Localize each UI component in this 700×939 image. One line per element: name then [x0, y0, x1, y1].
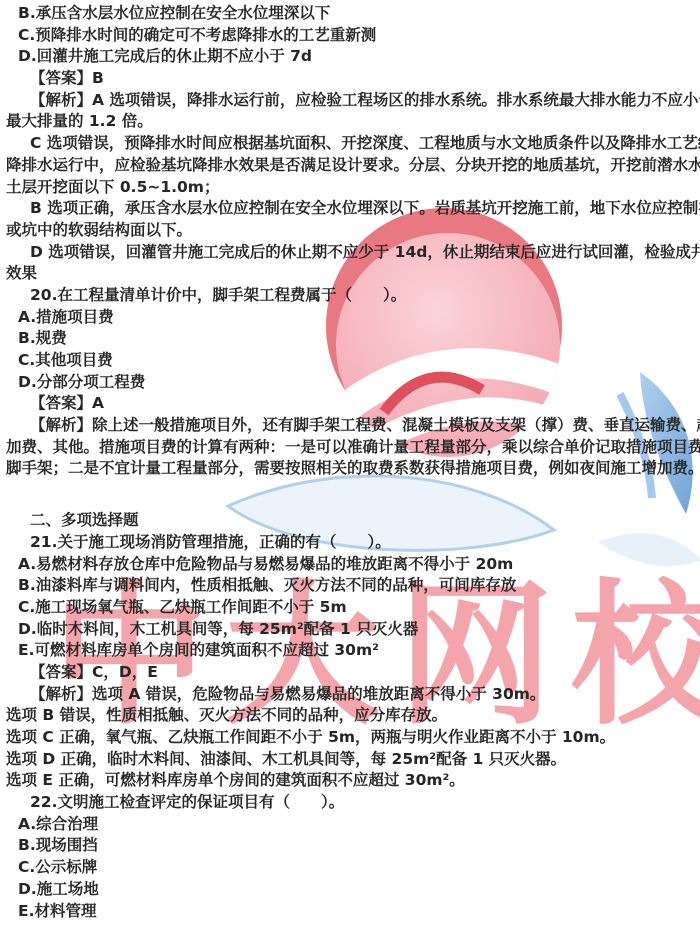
text-line: D.临时木料间，木工机具间等，每 25m²配备 1 只灭火器 [0, 619, 700, 641]
text-line: 【答案】A [0, 393, 700, 415]
text-line: B.油漆料库与调料间内，性质相抵触、灭火方法不同的品种，可间库存放 [0, 575, 700, 597]
text-line: 土层开挖面以下 0.5~1.0m； [0, 177, 700, 199]
section-heading: 二、多项选择题 [0, 510, 700, 532]
text-line: 降排水运行中，应检验基坑降排水效果是否满足设计要求。分层、分块开挖的地质基坑，开… [0, 155, 700, 177]
text-line: 选项 B 错误，性质相抵触、灭火方法不同的品种，应分库存放。 [0, 705, 700, 727]
text-line: D.施工场地 [0, 879, 700, 901]
document-body: B.承压含水层水位应控制在安全水位埋深以下C.预降排水时间的确定可不考虑降排水的… [0, 0, 700, 939]
text-line: D.回灌井施工完成后的休止期不应小于 7d [0, 46, 700, 68]
text-line: C 选项错误，预降排水时间应根据基坑面积、开挖深度、工程地质与水文地质条件以及降… [0, 133, 700, 155]
text-line: A.易燃材料存放仓库中危险物品与易燃易爆品的堆放距离不得小于 20m [0, 554, 700, 576]
text-line: D 选项错误，回灌管井施工完成后的休止期不应少于 14d，休止期结束后应进行试回… [0, 242, 700, 264]
text-line: 【答案】C，D，E [0, 662, 700, 684]
text-line: C.施工现场氧气瓶、乙炔瓶工作间距不小于 5m [0, 597, 700, 619]
text-line: 20.在工程量清单计价中，脚手架工程费属于（ ）。 [0, 285, 700, 307]
text-line: E.材料管理 [0, 901, 700, 923]
text-line: 21.关于施工现场消防管理措施，正确的有（ ）。 [0, 532, 700, 554]
text-line: 【答案】B [0, 68, 700, 90]
text-line: C.其他项目费 [0, 350, 700, 372]
text-line: A.措施项目费 [0, 307, 700, 329]
text-line: 选项 D 正确，临时木料间、油漆间、木工机具间等，每 25m²配备 1 只灭火器… [0, 749, 700, 771]
text-line: 22.文明施工检查评定的保证项目有（ ）。 [0, 792, 700, 814]
text-line: E.可燃材料库房单个房间的建筑面积不应超过 30m² [0, 640, 700, 662]
text-line: C.公示标牌 [0, 857, 700, 879]
text-line: 脚手架；二是不宜计量工程量部分，需要按照相关的取费系数获得措施项目费，例如夜间施… [0, 458, 700, 480]
text-line: A.综合治理 [0, 814, 700, 836]
text-line: 效果 [0, 263, 700, 285]
text-line: 或坑中的软弱结构面以下。 [0, 220, 700, 242]
text-line: 最大排量的 1.2 倍。 [0, 111, 700, 133]
text-line: B.承压含水层水位应控制在安全水位埋深以下 [0, 3, 700, 25]
blank-line [0, 480, 700, 510]
text-line: 加费、其他。措施项目费的计算有两种：一是可以准确计量工程量部分，乘以综合单价记取… [0, 437, 700, 459]
text-line: 【解析】A 选项错误，降排水运行前，应检验工程场区的排水系统。排水系统最大排水能… [0, 90, 700, 112]
text-line: D.分部分项工程费 [0, 372, 700, 394]
text-line: C.预降排水时间的确定可不考虑降排水的工艺重新测 [0, 25, 700, 47]
text-line: 选项 C 正确，氧气瓶、乙炔瓶工作间距不小于 5m，两瓶与明火作业距离不小于 1… [0, 727, 700, 749]
text-line: B.规费 [0, 328, 700, 350]
text-line: 选项 E 正确，可燃材料库房单个房间的建筑面积不应超过 30m²。 [0, 770, 700, 792]
text-line: 【解析】选项 A 错误，危险物品与易燃易爆品的堆放距离不得小于 30m。 [0, 684, 700, 706]
text-line: 【解析】除上述一般措施项目外，还有脚手架工程费、混凝土模板及支架（撑）费、垂直运… [0, 415, 700, 437]
document-page: 中大网校 B.承压含水层水位应控制在安全水位埋深以下C.预降排水时间的确定可不考… [0, 0, 700, 939]
text-line: B 选项正确，承压含水层水位应控制在安全水位埋深以下。岩质基坑开挖施工前，地下水… [0, 198, 700, 220]
text-line: B.现场围挡 [0, 835, 700, 857]
